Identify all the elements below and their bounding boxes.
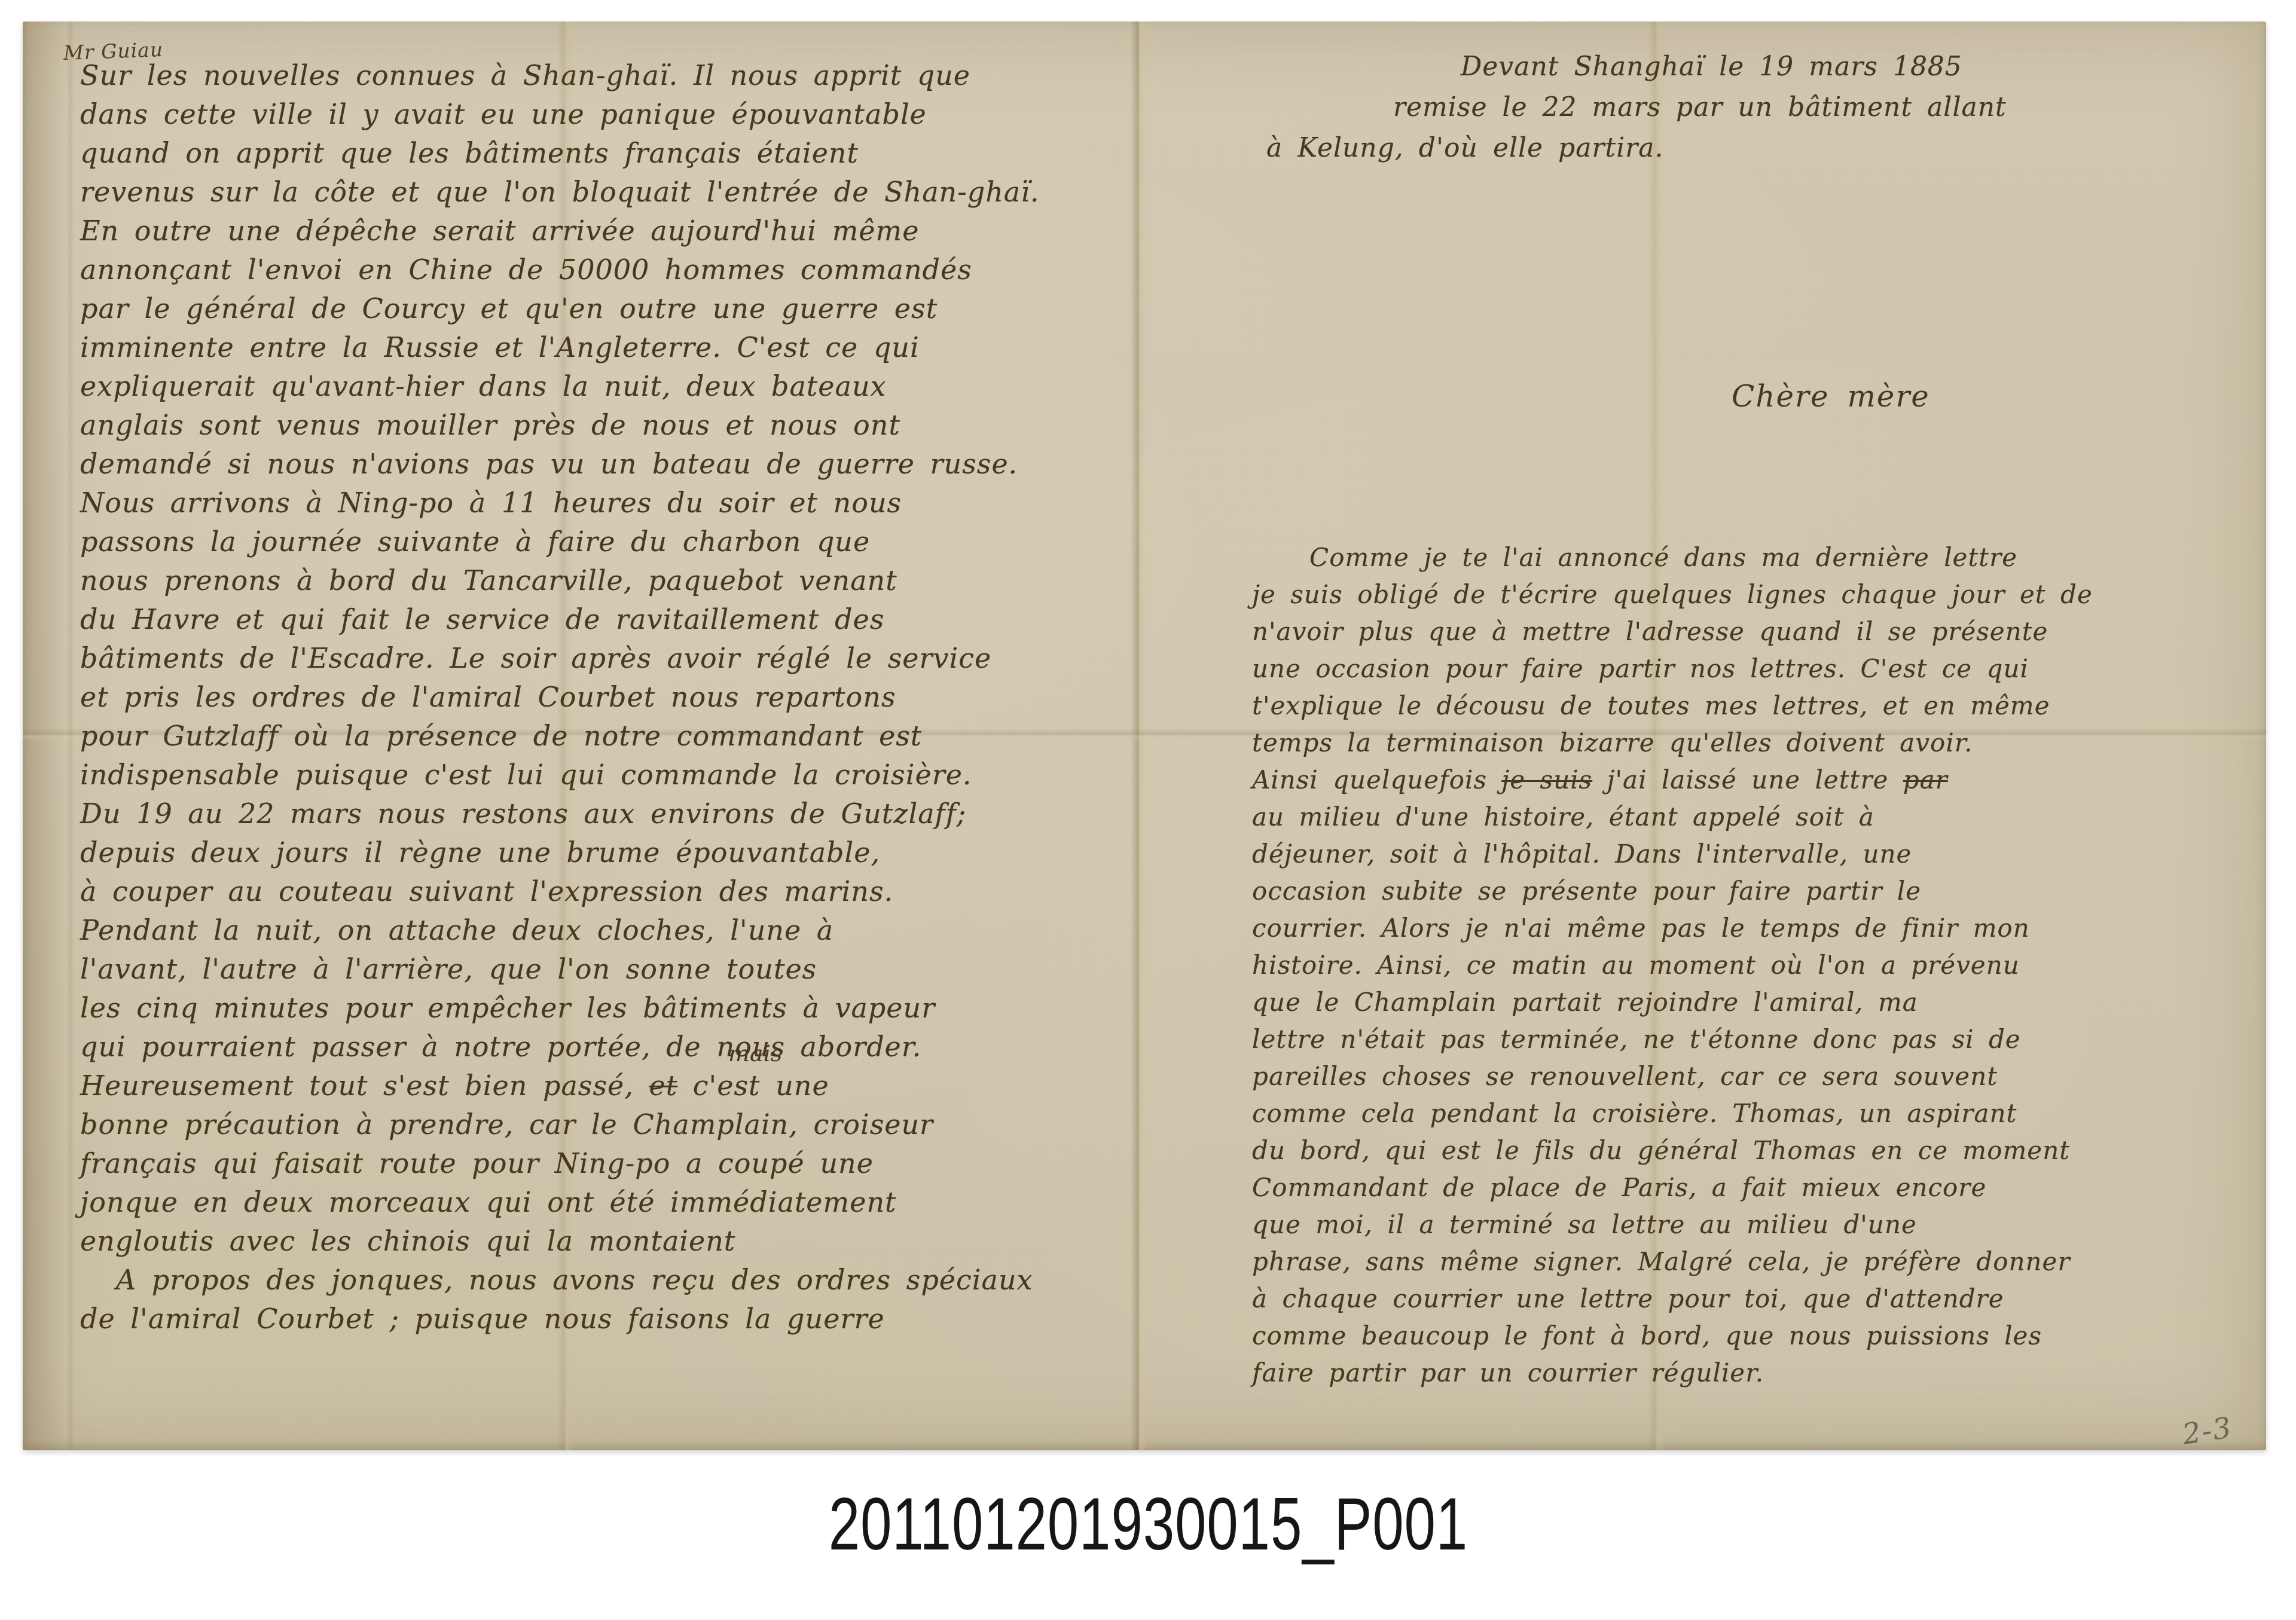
letter-line: déjeuner, soit à l'hôpital. Dans l'inter… <box>1252 836 2093 873</box>
letter-line: faire partir par un courrier régulier. <box>1252 1355 2093 1392</box>
dateline-line: Devant Shanghaï le 19 mars 1885 <box>1461 47 2007 87</box>
letter-line: temps la terminaison bizarre qu'elles do… <box>1252 725 2093 762</box>
letter-line: à couper au couteau suivant l'expression… <box>80 872 1040 911</box>
letter-line: histoire. Ainsi, ce matin au moment où l… <box>1252 947 2093 984</box>
letter-dateline: Devant Shanghaï le 19 mars 1885remise le… <box>1266 47 2007 169</box>
letter-line: occasion subite se présente pour faire p… <box>1252 873 2093 910</box>
letter-line: t'explique le décousu de toutes mes lett… <box>1252 687 2093 725</box>
letter-line: jonque en deux morceaux qui ont été immé… <box>80 1183 1040 1222</box>
letter-line: de l'amiral Courbet ; puisque nous faiso… <box>80 1300 1040 1338</box>
letter-line: bonne précaution à prendre, car le Champ… <box>80 1105 1040 1144</box>
letter-line: A propos des jonques, nous avons reçu de… <box>116 1261 1040 1300</box>
letter-line: comme cela pendant la croisière. Thomas,… <box>1252 1095 2093 1132</box>
salutation: Chère mère <box>1732 379 1930 414</box>
letter-line: et pris les ordres de l'amiral Courbet n… <box>80 678 1040 717</box>
letter-line: revenus sur la côte et que l'on bloquait… <box>80 173 1040 212</box>
dateline-line: à Kelung, d'où elle partira. <box>1266 128 2007 169</box>
right-page-text: Comme je te l'ai annoncé dans ma dernièr… <box>1252 539 2093 1392</box>
left-page-text: Sur les nouvelles connues à Shan-ghaï. I… <box>80 56 1040 1338</box>
letter-line: du bord, qui est le fils du général Thom… <box>1252 1132 2093 1169</box>
letter-line: qui pourraient passer à notre portée, de… <box>80 1028 1040 1066</box>
letter-line: Heureusement tout s'est bien passé, et c… <box>80 1066 1040 1105</box>
dateline-line: remise le 22 mars par un bâtiment allant <box>1393 87 2007 128</box>
letter-line: courrier. Alors je n'ai même pas le temp… <box>1252 910 2093 947</box>
letter-line: au milieu d'une histoire, étant appelé s… <box>1252 799 2093 836</box>
letter-line: Nous arrivons à Ning-po à 11 heures du s… <box>80 484 1040 522</box>
letter-line: expliquerait qu'avant-hier dans la nuit,… <box>80 367 1040 406</box>
letter-line: dans cette ville il y avait eu une paniq… <box>80 95 1040 134</box>
letter-line: anglais sont venus mouiller près de nous… <box>80 406 1040 445</box>
letter-line: Sur les nouvelles connues à Shan-ghaï. I… <box>80 56 1040 95</box>
letter-line: nous prenons à bord du Tancarville, paqu… <box>80 561 1040 600</box>
letter-line: par le général de Courcy et qu'en outre … <box>80 289 1040 328</box>
letter-line: engloutis avec les chinois qui la montai… <box>80 1222 1040 1261</box>
letter-line: Pendant la nuit, on attache deux cloches… <box>80 911 1040 950</box>
letter-line: français qui faisait route pour Ning-po … <box>80 1144 1040 1183</box>
letter-line: une occasion pour faire partir nos lettr… <box>1252 650 2093 687</box>
letter-line: phrase, sans même signer. Malgré cela, j… <box>1252 1243 2093 1280</box>
letter-line: Ainsi quelquefois je suis j'ai laissé un… <box>1252 762 2093 799</box>
letter-line: pour Gutzlaff où la présence de notre co… <box>80 717 1040 756</box>
letter-line: En outre une dépêche serait arrivée aujo… <box>80 212 1040 250</box>
letter-line: du Havre et qui fait le service de ravit… <box>80 600 1040 639</box>
letter-line: Du 19 au 22 mars nous restons aux enviro… <box>80 794 1040 833</box>
letter-line: que moi, il a terminé sa lettre au milie… <box>1252 1206 2093 1243</box>
letter-line: l'avant, l'autre à l'arrière, que l'on s… <box>80 950 1040 989</box>
letter-line: lettre n'était pas terminée, ne t'étonne… <box>1252 1021 2093 1058</box>
letter-line: imminente entre la Russie et l'Angleterr… <box>80 328 1040 367</box>
letter-line: passons la journée suivante à faire du c… <box>80 522 1040 561</box>
letter-line: indispensable puisque c'est lui qui comm… <box>80 756 1040 794</box>
letter-line: n'avoir plus que à mettre l'adresse quan… <box>1252 613 2093 650</box>
letter-paper: Mr Guiau Sur les nouvelles connues à Sha… <box>23 22 2266 1450</box>
letter-line: pareilles choses se renouvellent, car ce… <box>1252 1058 2093 1095</box>
letter-line: à chaque courrier une lettre pour toi, q… <box>1252 1280 2093 1318</box>
letter-line: les cinq minutes pour empêcher les bâtim… <box>80 989 1040 1028</box>
interline-insertion: mais <box>728 1040 782 1066</box>
letter-line: annonçant l'envoi en Chine de 50000 homm… <box>80 250 1040 289</box>
letter-line: que le Champlain partait rejoindre l'ami… <box>1252 984 2093 1021</box>
scan-background: Mr Guiau Sur les nouvelles connues à Sha… <box>0 0 2296 1620</box>
letter-line: depuis deux jours il règne une brume épo… <box>80 833 1040 872</box>
letter-line: quand on apprit que les bâtiments frança… <box>80 134 1040 173</box>
letter-line: je suis obligé de t'écrire quelques lign… <box>1252 576 2093 613</box>
letter-line: Commandant de place de Paris, a fait mie… <box>1252 1169 2093 1206</box>
caption-row: 201101201930015_P001 <box>0 1481 2296 1563</box>
archive-id-caption: 201101201930015_P001 <box>828 1481 1467 1567</box>
letter-line: comme beaucoup le font à bord, que nous … <box>1252 1318 2093 1355</box>
pencil-page-number: 2-3 <box>2180 1411 2234 1451</box>
letter-line: Comme je te l'ai annoncé dans ma dernièr… <box>1309 539 2093 576</box>
letter-line: demandé si nous n'avions pas vu un batea… <box>80 445 1040 484</box>
letter-line: bâtiments de l'Escadre. Le soir après av… <box>80 639 1040 678</box>
